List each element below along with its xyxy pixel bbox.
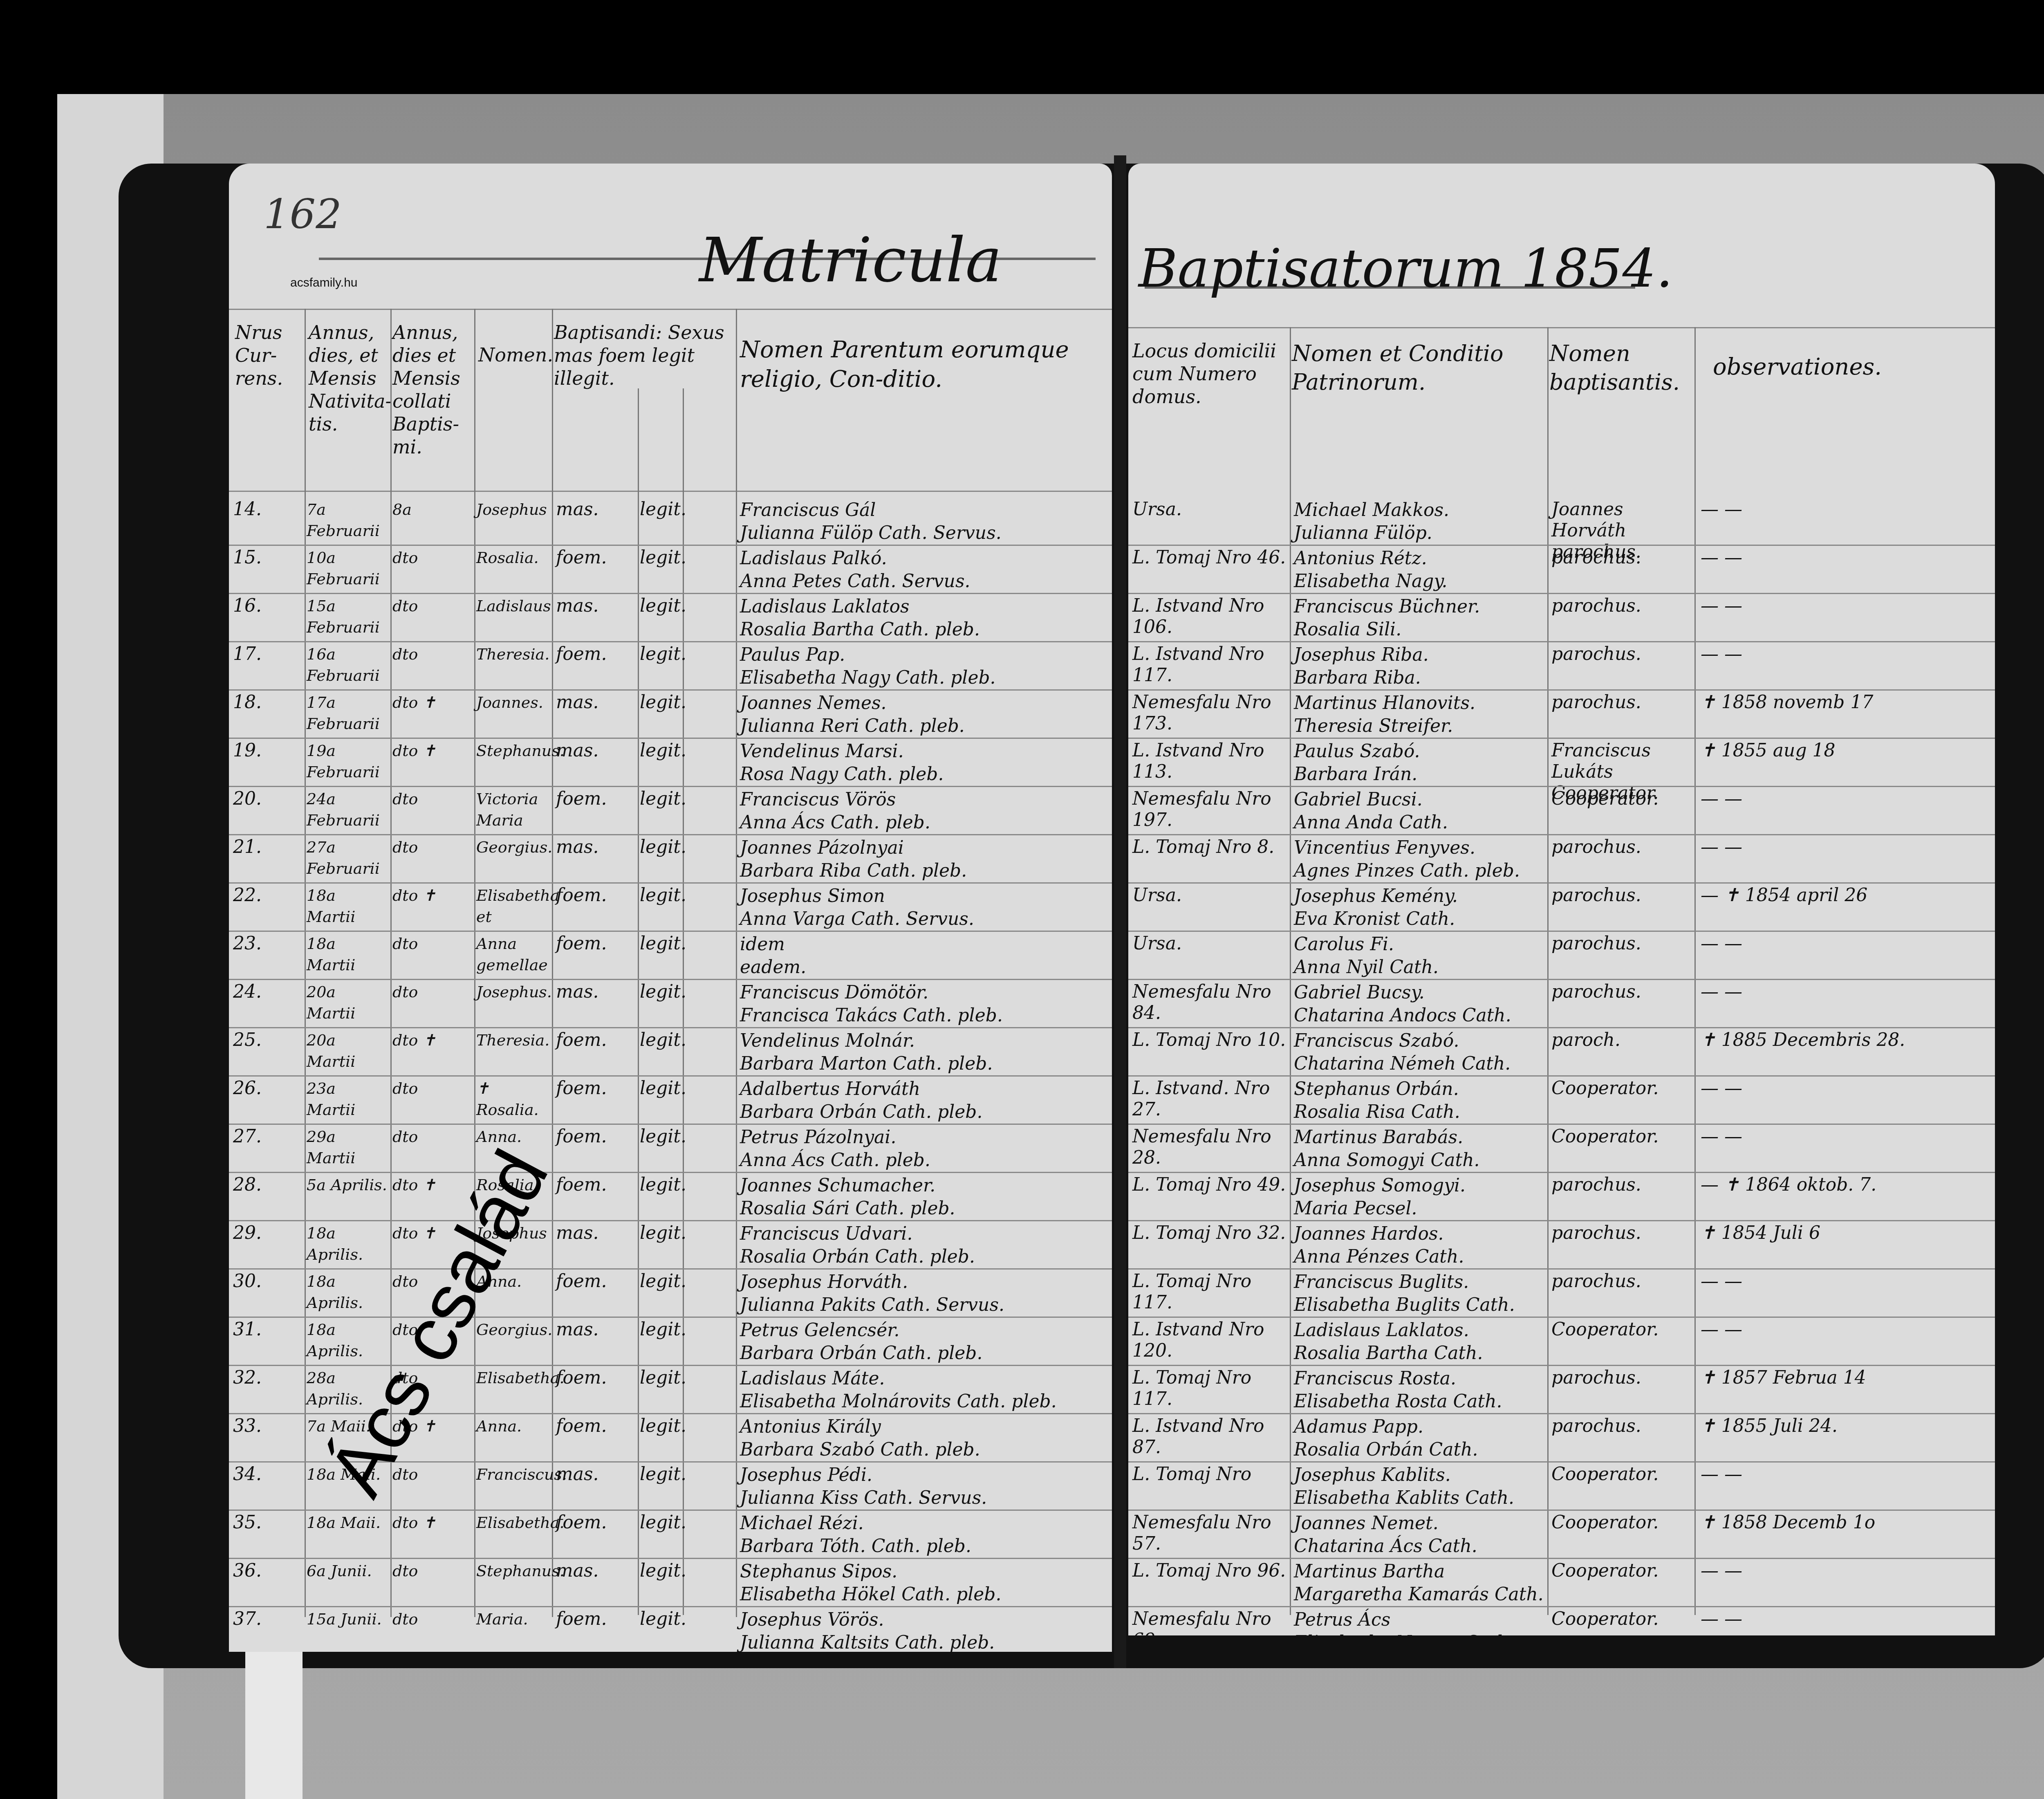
record-number: 34. (233, 1464, 303, 1485)
birth-date: 18a Martii (307, 885, 388, 927)
header-domicile: Locus domicilii cum Numero domus. (1132, 339, 1288, 408)
record-number: 25. (233, 1030, 303, 1051)
birth-date: 29a Martii (307, 1126, 388, 1169)
godparents-names: Franciscus Szabó. Chatarina Némeh Cath. (1294, 1030, 1545, 1075)
parents-names: Josephus Pédi. Julianna Kiss Cath. Servu… (740, 1464, 1108, 1510)
parents-names: Vendelinus Marsi. Rosa Nagy Cath. pleb. (740, 740, 1108, 786)
child-name: Josephus (476, 499, 554, 520)
observation-note: — — (1701, 837, 1987, 858)
baptiser-name: Cooperator. (1551, 1512, 1692, 1533)
domicile: Nemesfalu Nro 69. (1132, 1608, 1288, 1635)
domicile: L. Tomaj Nro 96. (1132, 1560, 1288, 1581)
row-rule (1128, 689, 1995, 691)
observation-note: ✝ 1858 novemb 17 (1701, 692, 1987, 713)
row-rule (1128, 1413, 1995, 1414)
observation-note: ✝ 1855 Juli 24. (1701, 1415, 1987, 1437)
child-sex: foem. (556, 933, 634, 954)
godparents-names: Michael Makkos. Julianna Fülöp. (1294, 499, 1545, 545)
legitimacy: legit. (640, 885, 685, 906)
legitimacy: legit. (640, 499, 685, 520)
row-rule (229, 1558, 1112, 1559)
record-number: 18. (233, 692, 303, 713)
baptiser-name: parochus. (1551, 1271, 1692, 1292)
baptism-date: dto (392, 1560, 472, 1581)
child-sex: mas. (556, 1319, 634, 1340)
domicile: Nemesfalu Nro 57. (1132, 1512, 1288, 1554)
domicile: L. Istvand. Nro 27. (1132, 1078, 1288, 1120)
legitimacy: legit. (640, 547, 685, 568)
domicile: L. Tomaj Nro 46. (1132, 547, 1288, 568)
domicile: L. Istvand Nro 87. (1132, 1415, 1288, 1458)
baptism-date: dto (392, 547, 472, 568)
child-name: Anna. (476, 1415, 554, 1437)
legitimacy: legit. (640, 1126, 685, 1147)
parents-names: Franciscus Udvari. Rosalia Orbán Cath. p… (740, 1223, 1108, 1268)
parents-names: Petrus Gelencsér. Barbara Orbán Cath. pl… (740, 1319, 1108, 1365)
child-sex: mas. (556, 595, 634, 617)
header-baptism-date: Annus, dies et Mensis collati Baptis-mi. (392, 321, 474, 458)
observation-note: — ✝ 1864 oktob. 7. (1701, 1174, 1987, 1196)
godparents-names: Gabriel Bucsi. Anna Anda Cath. (1294, 788, 1545, 834)
legitimacy: legit. (640, 1223, 685, 1244)
row-rule (229, 1124, 1112, 1125)
legitimacy: legit. (640, 595, 685, 617)
birth-date: 20a Martii (307, 981, 388, 1024)
row-rule (1128, 834, 1995, 835)
child-sex: foem. (556, 1415, 634, 1437)
header-godparents: Nomen et Conditio Patrinorum. (1292, 339, 1545, 397)
parents-names: Josephus Vörös. Julianna Kaltsits Cath. … (740, 1608, 1108, 1652)
godparents-names: Franciscus Buglits. Elisabetha Buglits C… (1294, 1271, 1545, 1317)
baptism-date: 8a (392, 499, 472, 520)
observation-note: ✝ 1858 Decemb 1o (1701, 1512, 1987, 1533)
legitimacy: legit. (640, 788, 685, 810)
observation-note: — — (1701, 1319, 1987, 1340)
row-rule (1128, 979, 1995, 980)
column-divider (305, 309, 306, 1617)
godparents-names: Martinus Hlanovits. Theresia Streifer. (1294, 692, 1545, 738)
domicile: Ursa. (1132, 933, 1288, 954)
child-sex: mas. (556, 692, 634, 713)
baptiser-name: parochus. (1551, 885, 1692, 906)
record-number: 17. (233, 644, 303, 665)
header-birth-date: Annus, dies, et Mensis Nativita-tis. (309, 321, 390, 435)
observation-note: — — (1701, 981, 1987, 1003)
child-name: Theresia. (476, 644, 554, 665)
domicile: Nemesfalu Nro 173. (1132, 692, 1288, 734)
record-number: 16. (233, 595, 303, 617)
baptiser-name: parochus. (1551, 1174, 1692, 1196)
parents-names: Joannes Pázolnyai Barbara Riba Cath. ple… (740, 837, 1108, 882)
column-divider (1694, 327, 1696, 1615)
row-rule (229, 1268, 1112, 1270)
header-observations: observationes. (1713, 356, 1975, 379)
birth-date: 10a Februarii (307, 547, 388, 590)
baptiser-name: Cooperator. (1551, 1560, 1692, 1581)
row-rule (1128, 738, 1995, 739)
child-name: Georgius. (476, 837, 554, 858)
child-name: Elisabetha et (476, 885, 554, 927)
parents-names: Vendelinus Molnár. Barbara Marton Cath. … (740, 1030, 1108, 1075)
row-rule (1128, 545, 1995, 546)
baptism-date: dto (392, 1608, 472, 1630)
row-rule (229, 931, 1112, 932)
header-parents: Nomen Parentum eorumque religio, Con-dit… (740, 335, 1091, 394)
baptism-date: dto ✝ (392, 1512, 472, 1533)
header-top-rule (1128, 327, 1995, 328)
godparents-names: Gabriel Bucsy. Chatarina Andocs Cath. (1294, 981, 1545, 1027)
column-divider (638, 388, 639, 1615)
title-baptisatorum: Baptisatorum 1854. (1139, 237, 1673, 299)
legitimacy: legit. (640, 644, 685, 665)
header-sex-legitimacy: Baptisandi: Sexus mas foem legit illegit… (554, 321, 734, 390)
child-sex: foem. (556, 1078, 634, 1099)
child-sex: mas. (556, 981, 634, 1003)
birth-date: 18a Maii. (307, 1512, 388, 1533)
legitimacy: legit. (640, 1078, 685, 1099)
child-sex: foem. (556, 1030, 634, 1051)
child-sex: foem. (556, 1608, 634, 1630)
child-name: Ladislaus (476, 595, 554, 617)
record-number: 22. (233, 885, 303, 906)
baptiser-name: parochus. (1551, 1367, 1692, 1389)
child-name: Maria. (476, 1608, 554, 1630)
row-rule (1128, 1365, 1995, 1366)
baptiser-name: Cooperator. (1551, 1608, 1692, 1630)
record-number: 36. (233, 1560, 303, 1581)
row-rule (229, 1220, 1112, 1221)
baptism-date: dto (392, 595, 472, 617)
row-rule (1128, 1220, 1995, 1221)
baptiser-name: Cooperator. (1551, 788, 1692, 810)
godparents-names: Josephus Kemény. Eva Kronist Cath. (1294, 885, 1545, 931)
row-rule (229, 1172, 1112, 1173)
row-rule (229, 738, 1112, 739)
row-rule (1128, 1558, 1995, 1559)
legitimacy: legit. (640, 1030, 685, 1051)
child-sex: foem. (556, 885, 634, 906)
legitimacy: legit. (640, 1608, 685, 1630)
godparents-names: Petrus Ács Elisabetha Nemes Cath. (1294, 1608, 1545, 1635)
godparents-names: Franciscus Büchner. Rosalia Sili. (1294, 595, 1545, 641)
observation-note: — — (1701, 644, 1987, 665)
record-number: 26. (233, 1078, 303, 1099)
record-number: 27. (233, 1126, 303, 1147)
parents-names: Joannes Nemes. Julianna Reri Cath. pleb. (740, 692, 1108, 738)
child-name: Elisabetha. (476, 1367, 554, 1389)
godparents-names: Antonius Rétz. Elisabetha Nagy. (1294, 547, 1545, 593)
row-rule (229, 545, 1112, 546)
record-number: 24. (233, 981, 303, 1003)
domicile: L. Tomaj Nro 8. (1132, 837, 1288, 858)
row-rule (1128, 1124, 1995, 1125)
child-name: Victoria Maria (476, 788, 554, 831)
godparents-names: Martinus Bartha Margaretha Kamarás Cath. (1294, 1560, 1545, 1606)
baptiser-name: Cooperator. (1551, 1126, 1692, 1147)
domicile: Nemesfalu Nro 84. (1132, 981, 1288, 1024)
child-sex: foem. (556, 1174, 634, 1196)
record-number: 21. (233, 837, 303, 858)
child-name: Rosalia. (476, 547, 554, 568)
child-sex: mas. (556, 1223, 634, 1244)
domicile: L. Tomaj Nro 117. (1132, 1367, 1288, 1410)
child-sex: mas. (556, 1560, 634, 1581)
parents-names: Michael Rézi. Barbara Tóth. Cath. pleb. (740, 1512, 1108, 1558)
domicile: L. Tomaj Nro 117. (1132, 1271, 1288, 1313)
parents-names: Franciscus Gál Julianna Fülöp Cath. Serv… (740, 499, 1108, 545)
birth-date: 19a Februarii (307, 740, 388, 783)
domicile: L. Istvand Nro 113. (1132, 740, 1288, 783)
row-rule (1128, 882, 1995, 884)
legitimacy: legit. (640, 1271, 685, 1292)
baptiser-name: parochus. (1551, 547, 1692, 568)
parents-names: Franciscus Dömötör. Francisca Takács Cat… (740, 981, 1108, 1027)
parents-names: Ladislaus Laklatos Rosalia Bartha Cath. … (740, 595, 1108, 641)
child-name: Elisabetha. (476, 1512, 554, 1533)
observation-note: — — (1701, 1126, 1987, 1147)
baptism-date: dto ✝ (392, 692, 472, 713)
legitimacy: legit. (640, 1174, 685, 1196)
parents-names: Josephus Simon Anna Varga Cath. Servus. (740, 885, 1108, 931)
record-number: 28. (233, 1174, 303, 1196)
parents-names: Franciscus Vörös Anna Ács Cath. pleb. (740, 788, 1108, 834)
birth-date: 7a Februarii (307, 499, 388, 541)
observation-note: — — (1701, 933, 1987, 954)
child-sex: foem. (556, 1271, 634, 1292)
baptiser-name: Cooperator. (1551, 1319, 1692, 1340)
row-rule (1128, 1317, 1995, 1318)
row-rule (1128, 931, 1995, 932)
observation-note: ✝ 1855 aug 18 (1701, 740, 1987, 761)
godparents-names: Joannes Nemet. Chatarina Ács Cath. (1294, 1512, 1545, 1558)
birth-date: 18a Aprilis. (307, 1223, 388, 1265)
godparents-names: Carolus Fi. Anna Nyil Cath. (1294, 933, 1545, 979)
baptiser-name: parochus. (1551, 933, 1692, 954)
baptiser-name: parochus. (1551, 1223, 1692, 1244)
record-number: 20. (233, 788, 303, 810)
baptiser-name: parochus. (1551, 981, 1692, 1003)
header-top-rule (229, 309, 1112, 310)
row-rule (1128, 1075, 1995, 1077)
observation-note: — — (1701, 1608, 1987, 1630)
header-baptiser: Nomen baptisantis. (1549, 339, 1688, 397)
birth-date: 24a Februarii (307, 788, 388, 831)
baptiser-name: parochus. (1551, 692, 1692, 713)
column-divider (474, 309, 475, 1617)
row-rule (229, 786, 1112, 787)
birth-date: 23a Martii (307, 1078, 388, 1120)
birth-date: 15a Junii. (307, 1608, 388, 1630)
parents-names: Petrus Pázolnyai. Anna Ács Cath. pleb. (740, 1126, 1108, 1172)
child-name: Josephus. (476, 981, 554, 1003)
child-sex: foem. (556, 1512, 634, 1533)
row-rule (1128, 1510, 1995, 1511)
baptiser-name: parochus. (1551, 837, 1692, 858)
row-rule (1128, 1461, 1995, 1463)
observation-note: — — (1701, 1464, 1987, 1485)
child-sex: foem. (556, 1367, 634, 1389)
legitimacy: legit. (640, 740, 685, 761)
header-bottom-rule (229, 491, 1112, 492)
row-rule (229, 1606, 1112, 1607)
birth-date: 18a Aprilis. (307, 1271, 388, 1313)
observation-note: — — (1701, 1078, 1987, 1099)
row-rule (229, 979, 1112, 980)
domicile: Nemesfalu Nro 28. (1132, 1126, 1288, 1169)
observation-note: — — (1701, 595, 1987, 617)
baptiser-name: paroch. (1551, 1030, 1692, 1051)
baptism-date: dto (392, 933, 472, 954)
godparents-names: Ladislaus Laklatos. Rosalia Bartha Cath. (1294, 1319, 1545, 1365)
legitimacy: legit. (640, 1512, 685, 1533)
page-number: 162 (264, 190, 342, 238)
record-number: 14. (233, 499, 303, 520)
birth-date: 18a Martii (307, 933, 388, 976)
domicile: L. Istvand Nro 106. (1132, 595, 1288, 638)
observation-note: — — (1701, 1560, 1987, 1581)
title-matricula: Matricula (699, 225, 1002, 296)
record-number: 31. (233, 1319, 303, 1340)
parents-names: idem eadem. (740, 933, 1108, 979)
baptism-date: dto ✝ (392, 740, 472, 761)
domicile: L. Istvand Nro 117. (1132, 644, 1288, 686)
godparents-names: Stephanus Orbán. Rosalia Risa Cath. (1294, 1078, 1545, 1124)
header-name: Nomen. (478, 343, 552, 366)
domicile: Ursa. (1132, 499, 1288, 520)
watermark-site: acsfamily.hu (290, 276, 358, 290)
row-rule (229, 1365, 1112, 1366)
row-rule (1128, 1606, 1995, 1607)
godparents-names: Paulus Szabó. Barbara Irán. (1294, 740, 1545, 786)
birth-date: 20a Martii (307, 1030, 388, 1072)
domicile: L. Tomaj Nro 49. (1132, 1174, 1288, 1196)
parents-names: Paulus Pap. Elisabetha Nagy Cath. pleb. (740, 644, 1108, 689)
legitimacy: legit. (640, 1464, 685, 1485)
legitimacy: legit. (640, 981, 685, 1003)
legitimacy: legit. (640, 1415, 685, 1437)
record-number: 32. (233, 1367, 303, 1389)
baptiser-name: parochus. (1551, 595, 1692, 617)
godparents-names: Adamus Papp. Rosalia Orbán Cath. (1294, 1415, 1545, 1461)
legitimacy: legit. (640, 933, 685, 954)
child-sex: foem. (556, 644, 634, 665)
parents-names: Josephus Horváth. Julianna Pakits Cath. … (740, 1271, 1108, 1317)
legitimacy: legit. (640, 1319, 685, 1340)
godparents-names: Joannes Hardos. Anna Pénzes Cath. (1294, 1223, 1545, 1268)
observation-note: — — (1701, 499, 1987, 520)
child-sex: foem. (556, 547, 634, 568)
baptism-date: dto (392, 644, 472, 665)
baptism-date: dto (392, 788, 472, 810)
row-rule (1128, 786, 1995, 787)
legitimacy: legit. (640, 1560, 685, 1581)
baptism-date: dto (392, 837, 472, 858)
observation-note: — — (1701, 547, 1987, 568)
godparents-names: Josephus Riba. Barbara Riba. (1294, 644, 1545, 689)
row-rule (229, 689, 1112, 691)
row-rule (229, 882, 1112, 884)
child-sex: mas. (556, 837, 634, 858)
parents-names: Joannes Schumacher. Rosalia Sári Cath. p… (740, 1174, 1108, 1220)
parents-names: Stephanus Sipos. Elisabetha Hökel Cath. … (740, 1560, 1108, 1606)
row-rule (1128, 1027, 1995, 1028)
child-name: Stephanus. (476, 740, 554, 761)
legitimacy: legit. (640, 837, 685, 858)
observation-note: ✝ 1857 Februa 14 (1701, 1367, 1987, 1389)
baptiser-name: Cooperator. (1551, 1078, 1692, 1099)
row-rule (229, 834, 1112, 835)
domicile: Nemesfalu Nro 197. (1132, 788, 1288, 831)
baptiser-name: Cooperator. (1551, 1464, 1692, 1485)
child-name: Joannes. (476, 692, 554, 713)
baptism-date: dto ✝ (392, 1030, 472, 1051)
observation-note: ✝ 1854 Juli 6 (1701, 1223, 1987, 1244)
godparents-names: Franciscus Rosta. Elisabetha Rosta Cath. (1294, 1367, 1545, 1413)
row-rule (229, 1027, 1112, 1028)
row-rule (229, 1317, 1112, 1318)
row-rule (1128, 1172, 1995, 1173)
record-number: 30. (233, 1271, 303, 1292)
parents-names: Adalbertus Horváth Barbara Orbán Cath. p… (740, 1078, 1108, 1124)
column-divider (736, 309, 737, 1617)
child-sex: foem. (556, 788, 634, 810)
row-rule (229, 1510, 1112, 1511)
row-rule (1128, 641, 1995, 642)
right-page: Baptisatorum 1854. Locus domicilii cum N… (1128, 164, 1995, 1635)
parents-names: Ladislaus Máte. Elisabetha Molnárovits C… (740, 1367, 1108, 1413)
legitimacy: legit. (640, 1367, 685, 1389)
record-number: 35. (233, 1512, 303, 1533)
birth-date: 16a Februarii (307, 644, 388, 686)
child-name: Stephanus. (476, 1560, 554, 1581)
child-sex: foem. (556, 1126, 634, 1147)
birth-date: 15a Februarii (307, 595, 388, 638)
child-sex: mas. (556, 1464, 634, 1485)
child-name: ✝ Rosalia. (476, 1078, 554, 1120)
observation-note: — — (1701, 788, 1987, 810)
godparents-names: Martinus Barabás. Anna Somogyi Cath. (1294, 1126, 1545, 1172)
parents-names: Ladislaus Palkó. Anna Petes Cath. Servus… (740, 547, 1108, 593)
record-number: 23. (233, 933, 303, 954)
observation-note: ✝ 1885 Decembris 28. (1701, 1030, 1987, 1051)
baptism-date: dto (392, 1078, 472, 1099)
record-number: 15. (233, 547, 303, 568)
domicile: L. Tomaj Nro 32. (1132, 1223, 1288, 1244)
baptism-date: dto (392, 981, 472, 1003)
baptiser-name: parochus. (1551, 1415, 1692, 1437)
record-number: 29. (233, 1223, 303, 1244)
birth-date: 5a Aprilis. (307, 1174, 388, 1196)
record-number: 33. (233, 1415, 303, 1437)
header-nr-currens: Nrus Cur-rens. (235, 321, 305, 390)
observation-note: — — (1701, 1271, 1987, 1292)
row-rule (229, 593, 1112, 594)
child-name: Franciscus. (476, 1464, 554, 1485)
legitimacy: legit. (640, 692, 685, 713)
baptism-date: dto (392, 1126, 472, 1147)
book-gutter (1114, 155, 1126, 1668)
row-rule (229, 1075, 1112, 1077)
parents-names: Antonius Király Barbara Szabó Cath. pleb… (740, 1415, 1108, 1461)
godparents-names: Josephus Somogyi. Maria Pecsel. (1294, 1174, 1545, 1220)
birth-date: 17a Februarii (307, 692, 388, 734)
child-name: Anna gemellae (476, 933, 554, 976)
child-sex: mas. (556, 740, 634, 761)
child-name: Theresia. (476, 1030, 554, 1051)
godparents-names: Josephus Kablits. Elisabetha Kablits Cat… (1294, 1464, 1545, 1510)
baptism-date: dto ✝ (392, 885, 472, 906)
row-rule (1128, 1268, 1995, 1270)
